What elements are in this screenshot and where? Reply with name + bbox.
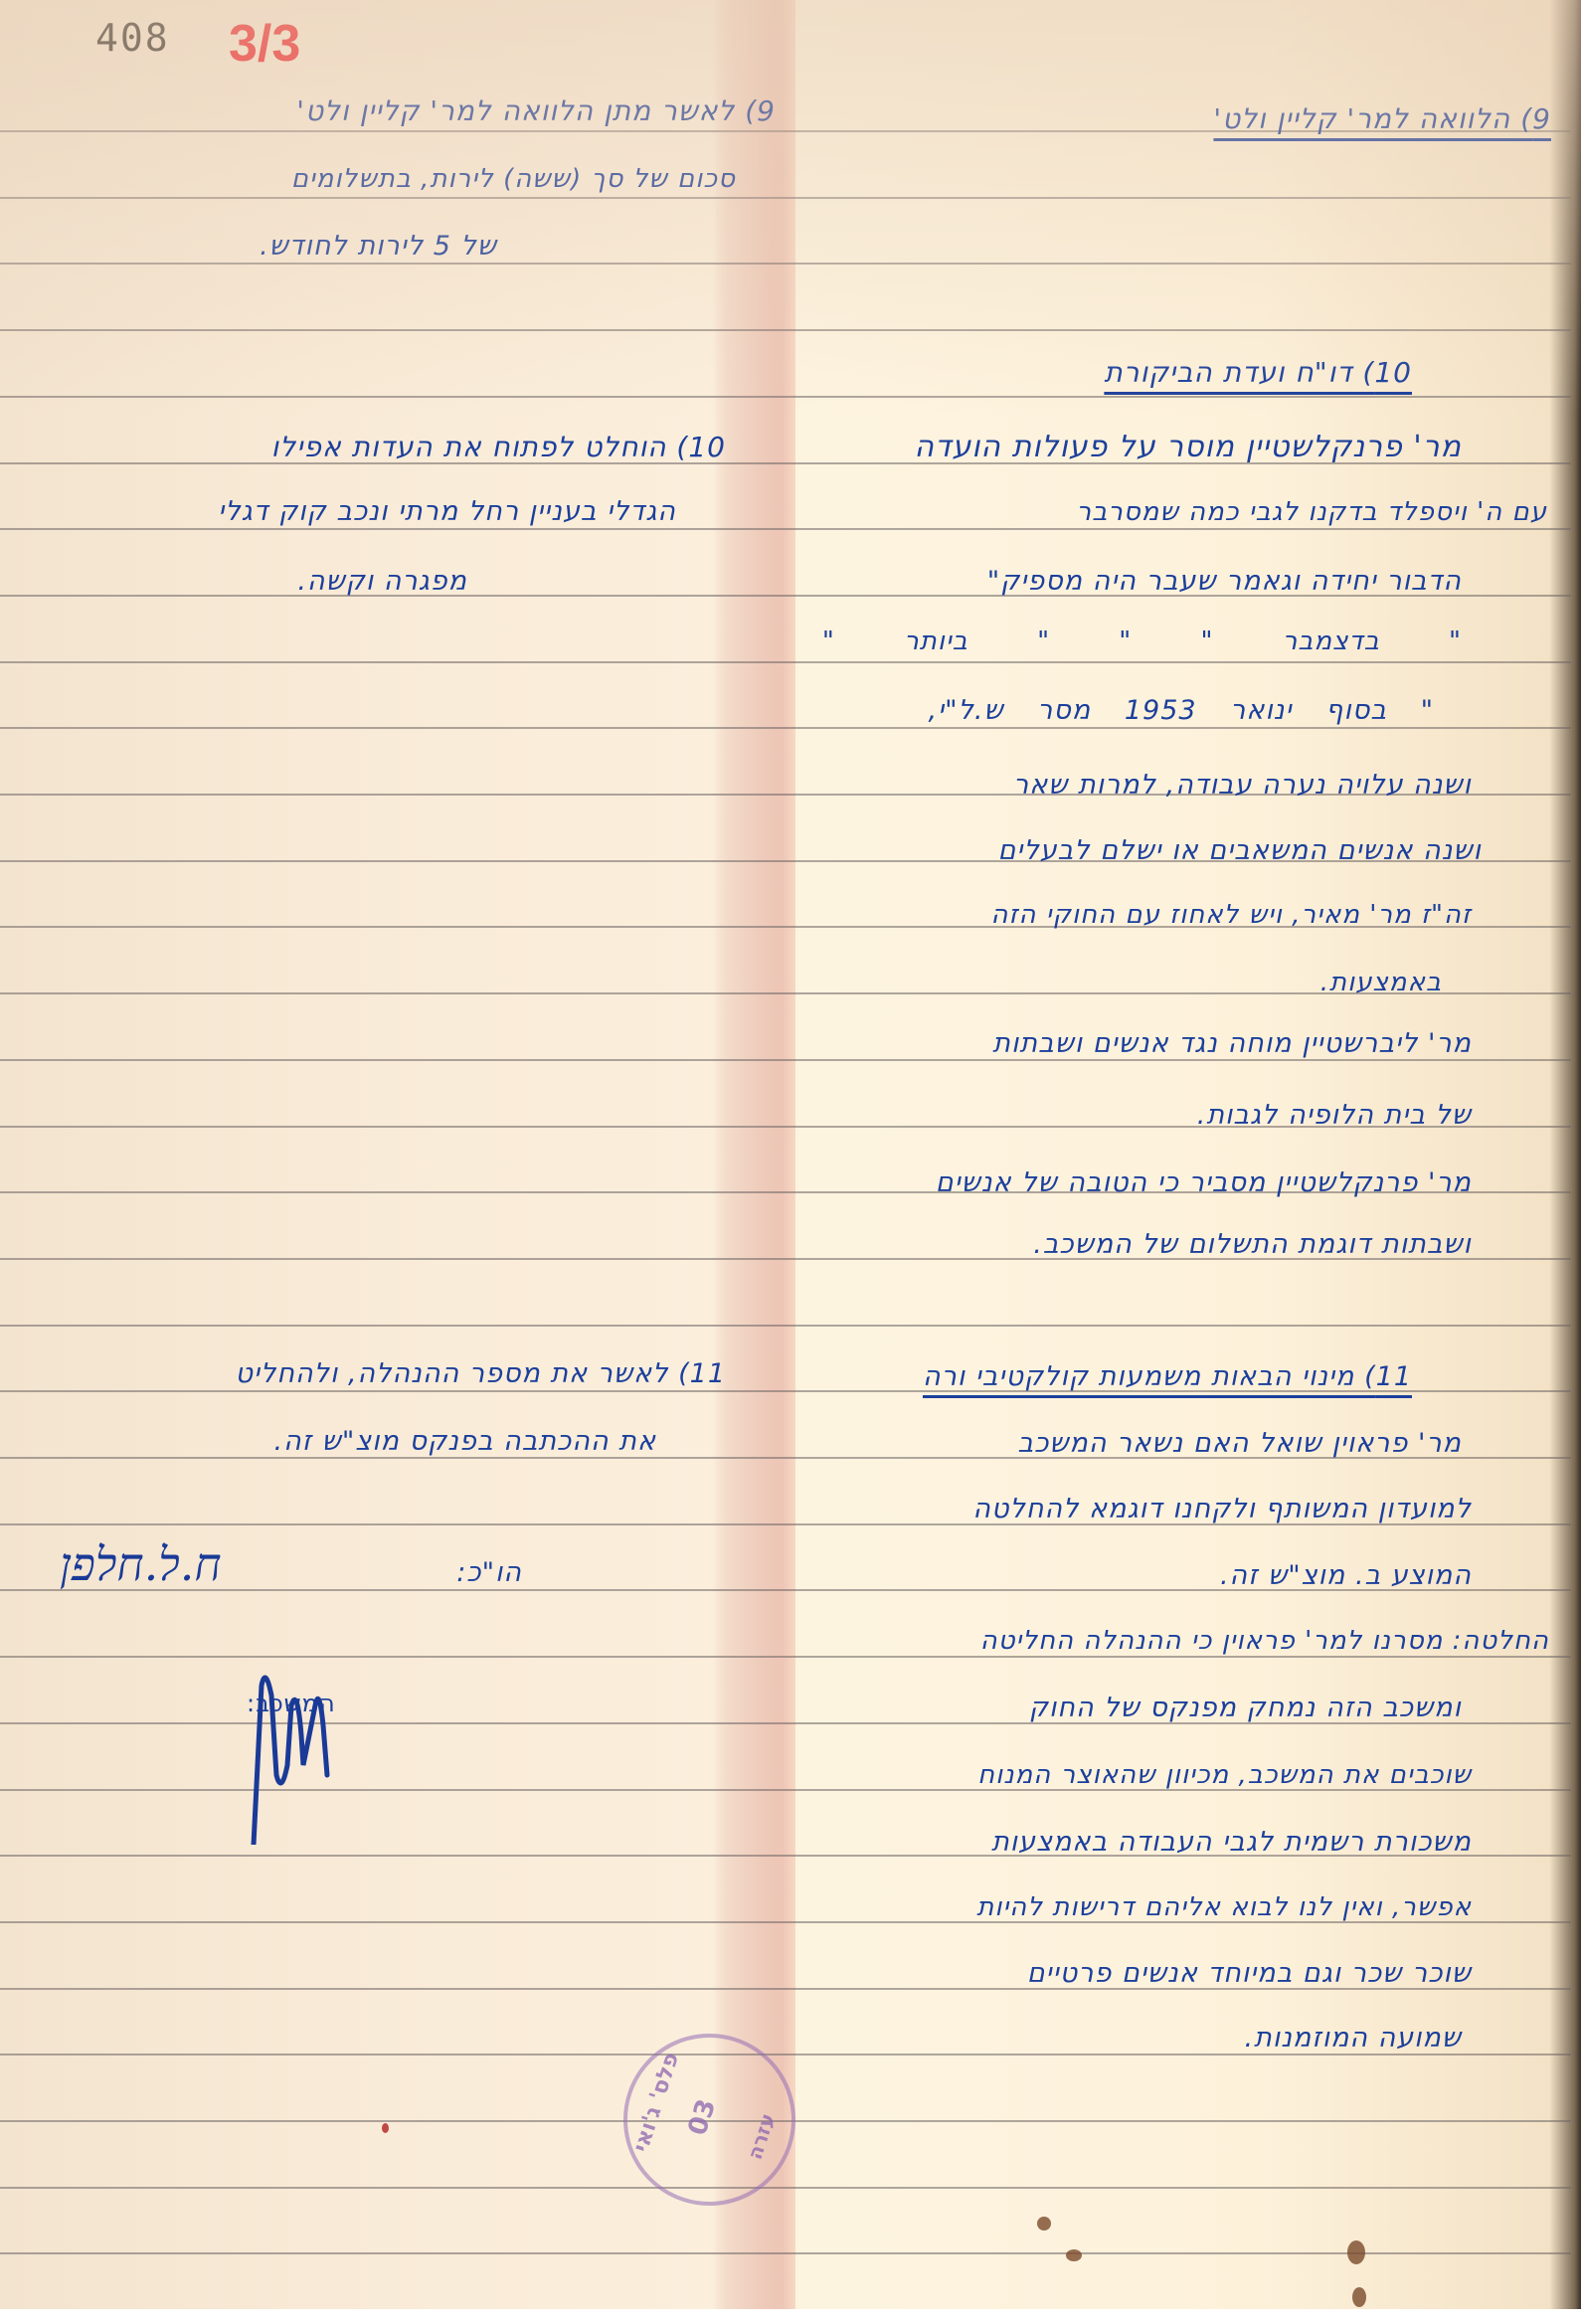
secretary-label: הו"כ: [456, 1553, 522, 1593]
item11-decision-line: החלטה: מסרנו למר' פראוין כי ההנהלה החליט… [980, 1621, 1549, 1661]
left-item10-line: מפגרה וקשה. [297, 562, 467, 602]
item11-line: משכורת רשמית לגבי העבודה באמצעות [991, 1823, 1472, 1863]
item10-line: של בית הלופיה לגבות. [1197, 1096, 1472, 1136]
item10-line: מר' ליברשטיין מוחה נגד אנשים ושבתות [992, 1024, 1472, 1064]
left-item11-line: את ההכתבה בפנקס מוצ"ש זה. [274, 1422, 656, 1462]
signer-signature [232, 1666, 331, 1859]
item11-heading: 11) מינוי הבאות משמעות קולקטיבי ורה [923, 1357, 1412, 1397]
item10-line: הדבור יחידה וגאמר שעבר היה מספיק" [987, 562, 1462, 602]
ruled-line [0, 263, 1571, 265]
ruled-line [0, 396, 1571, 398]
ruled-line [0, 130, 1571, 132]
left-item9-line: סכום של סך (ששה) לירות, בתשלומים [291, 159, 736, 199]
right-page: 9) הלוואה למר' קליין ולט' 10) דו"ח ועדת … [795, 0, 1571, 2309]
left-item11-line: 11) לאשר את מספר ההנהלה, ולהחליט [236, 1354, 727, 1394]
left-item9-line: 9) לאשר מתן הלוואה למר' קליין ולט' [296, 91, 776, 131]
item11-line: ומשכב הזה נמחק מפנקס של החוק [1029, 1689, 1462, 1728]
left-page: 9) לאשר מתן הלוואה למר' קליין ולט' סכום … [0, 0, 795, 2309]
item11-line: שמועה המוזמנות. [1245, 2019, 1462, 2058]
item11-line: המוצע ב. מוצ"ש זה. [1220, 1556, 1472, 1596]
item11-line: שוכבים את המשכב, מכיוון שהאוצר המנוח [977, 1755, 1472, 1795]
item11-line: מר' פראוין שואל האם נשאר המשכב [1017, 1424, 1462, 1464]
item10-line: ושנה עלויה נערה עבודה, למרות שאר [1013, 766, 1472, 805]
ruled-line [0, 197, 1571, 199]
item10-line: זה"ז מר' מאיר, ויש לאחוז עם החוקי הזה [991, 895, 1472, 935]
signature-scribble-icon [232, 1666, 331, 1845]
item10-line: מר' פרנקלשטיין מסביר כי הטובה של אנשים [936, 1163, 1472, 1203]
item10-line: ושבתות דוגמת התשלום של המשכב. [1033, 1225, 1472, 1265]
item10-line: באמצעות. [1320, 963, 1442, 1002]
item10-line: ושנה אנשים המשאבים או ישלם לבעלים [997, 831, 1482, 871]
item11-line: שוכר שכר וגם במיוחד אנשים פרטיים [1027, 1954, 1472, 1994]
item9-heading: 9) הלוואה למר' קליין ולט' [1213, 99, 1551, 139]
left-item9-line: של 5 לירות לחודש. [260, 227, 497, 267]
page-count-label: 3/3 [229, 14, 300, 74]
item11-line: למועדון המשותף ולקחנו דוגמא להחלטה [972, 1490, 1472, 1529]
item10-line: " בדצמבר " " " ביותר " [822, 622, 1462, 661]
item10-heading: 10) דו"ח ועדת הביקורת [1104, 353, 1412, 393]
item10-line: מר' פרנקלשטיין מוסר על פעולות הועדה [915, 428, 1463, 467]
left-item10-line: 10) הוחלט לפתוח את העדות אפילו [271, 428, 726, 467]
secretary-signature: ח.ל.חלפן [60, 1529, 222, 1599]
notebook-spread: 408 3/3 9) הלוואה למר' קליין ולט' 10) דו… [0, 0, 1581, 2309]
archive-number: 408 [95, 16, 170, 60]
ruled-line [0, 329, 1571, 331]
item10-line: עם ה' ויספלד בדקנו לגבי כמה שמסרבר [1077, 492, 1547, 532]
item10-line: " בסוף ינואר 1953 מסר ש.ל"י, [928, 691, 1434, 731]
left-item10-line: הגדלי בעניין רחל מרתי ונכב קוק דגלי [218, 492, 676, 532]
item11-line: אפשר, ואין לנו לבוא אליהם דרישות להיות [976, 1887, 1472, 1927]
